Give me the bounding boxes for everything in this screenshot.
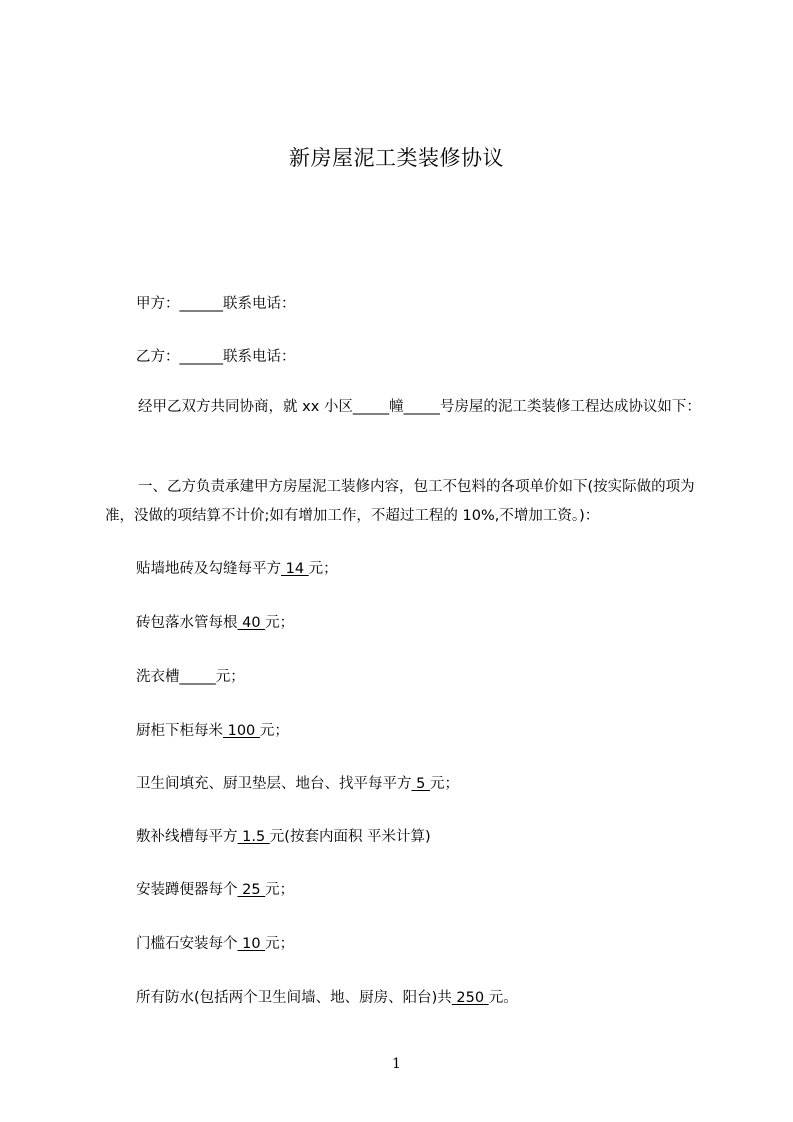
item-line: 所有防水(包括两个卫生间墙、地、厨房、阳台)共 250 元。 (136, 986, 518, 1007)
document-title: 新房屋泥工类装修协议 (0, 142, 793, 172)
item-label: 洗衣槽 (136, 669, 180, 685)
page-number: 1 (0, 1056, 793, 1072)
item-unit: 元； (309, 561, 338, 577)
item-label: 敷补线槽每平方 (136, 829, 238, 845)
item-line: 卫生间填充、厨卫垫层、地台、找平每平方 5 元； (136, 772, 459, 793)
party-a-line: 甲方：______联系电话： (136, 292, 296, 313)
item-label: 贴墙地砖及勾缝每平方 (136, 561, 281, 577)
item-unit: 元； (265, 882, 294, 898)
item-value: 100 (223, 723, 260, 739)
item-line: 安装蹲便器每个 25 元； (136, 878, 294, 899)
item-unit: 元； (216, 669, 245, 685)
item-unit: 元； (260, 723, 289, 739)
item-label: 卫生间填充、厨卫垫层、地台、找平每平方 (136, 776, 412, 792)
item-line: 砖包落水管每根 40 元； (136, 611, 294, 632)
item-value: 250 (452, 990, 489, 1006)
item-value: 10 (238, 936, 266, 952)
item-unit: 元； (265, 936, 294, 952)
item-label: 砖包落水管每根 (136, 615, 238, 631)
item-label: 厨柜下柜每米 (136, 723, 223, 739)
item-label: 门槛石安装每个 (136, 936, 238, 952)
party-b-label: 乙方： (136, 349, 180, 365)
item-label: 所有防水(包括两个卫生间墙、地、厨房、阳台)共 (136, 990, 452, 1006)
item-line: 门槛石安装每个 10 元； (136, 932, 294, 953)
party-b-line: 乙方：______联系电话： (136, 345, 296, 366)
item-line: 贴墙地砖及勾缝每平方 14 元； (136, 557, 338, 578)
party-a-label: 甲方： (136, 296, 180, 312)
item-value: 1.5 (238, 829, 270, 845)
item-line: 敷补线槽每平方 1.5 元(按套内面积 平米计算) (136, 825, 431, 846)
party-b-blank: ______ (180, 349, 224, 365)
item-unit: 元； (265, 615, 294, 631)
party-a-phone-label: 联系电话： (223, 296, 296, 312)
item-unit: 元(按套内面积 平米计算) (270, 829, 431, 845)
item-unit: 元； (430, 776, 459, 792)
item-value: 25 (238, 882, 266, 898)
item-value: 40 (238, 615, 266, 631)
item-value: 5 (412, 776, 430, 792)
party-a-blank: ______ (180, 296, 224, 312)
clause-1-paragraph: 一、乙方负责承建甲方房屋泥工装修内容，包工不包料的各项单价如下(按实际做的项为准… (105, 473, 705, 531)
item-unit: 元。 (489, 990, 518, 1006)
item-line: 厨柜下柜每米 100 元； (136, 719, 289, 740)
item-value: _____ (180, 669, 216, 685)
item-label: 安装蹲便器每个 (136, 882, 238, 898)
intro-paragraph: 经甲乙双方共同协商，就 xx 小区_____幢_____号房屋的泥工类装修工程达… (105, 393, 705, 422)
item-value: 14 (281, 561, 309, 577)
party-b-phone-label: 联系电话： (223, 349, 296, 365)
item-line: 洗衣槽_____元； (136, 665, 245, 686)
